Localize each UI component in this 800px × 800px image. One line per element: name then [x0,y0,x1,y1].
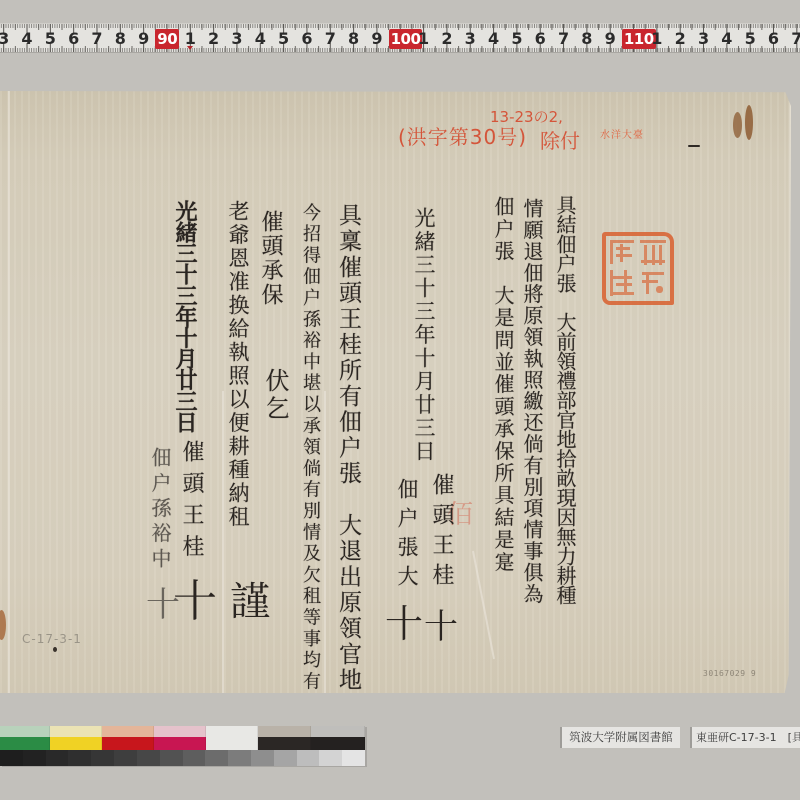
gray-patch [297,750,320,766]
ruler-label-highlighted: 90 [155,24,178,52]
ruler-label: 3 [0,24,15,52]
brown-stain [745,105,753,140]
petition-left-line-2: 今招得佃户孫裕中堪以承領倘有別情及欠租等事均有 [301,203,319,693]
paper-crease [222,391,224,693]
grayscale-strip [0,750,365,766]
signature-headman-name: 催頭王桂 [430,473,452,593]
ruler-label-highlighted: 110 [622,24,645,52]
color-patch-red [102,737,154,750]
library-name-label: 筑波大学附属図書館 [562,727,680,748]
ruler-label: 1 [645,24,668,52]
ink-dash [688,145,700,147]
petition-left-closing-jin: 謹 [230,582,270,622]
ruler-label: 6 [295,24,318,52]
petition-right-line-2: 情願退佃將原領執照繳还倘有別項情事俱為 [522,198,542,605]
color-calibration-chart [0,726,365,766]
signature-cross-mark: 十 [385,605,423,643]
petition-right-date: 光緒三十三年十月廿三日 [413,207,434,463]
color-patch-magenta [154,737,206,750]
ruler-label: 7 [85,24,108,52]
ruler-label-highlighted: 100 [389,24,412,52]
color-patch-green [0,737,50,750]
red-reference-annotation: (洪字第30号) [398,127,527,147]
paper-edge [788,101,791,681]
color-patch-white [206,726,258,750]
red-note-annotation: 除付 [540,131,580,151]
gray-patch [342,750,365,766]
color-patch-black [258,737,311,750]
ruler-label: 8 [575,24,598,52]
ruler-label: 7 [785,24,800,52]
gray-patch [46,750,69,766]
signature-tenant-name: 佃户孫裕中 [150,447,170,573]
red-serial-annotation: 13-23の2, [490,110,563,125]
color-patch-light-green [0,726,50,737]
petition-left-phrase-fuqi: 伏乞 [263,368,287,423]
gray-patch [228,750,251,766]
ruler-label: 3 [225,24,248,52]
ruler-label: 5 [739,24,762,52]
color-patch-yellow [50,737,102,750]
color-patch-black [311,737,365,750]
pencil-call-number: C-17-3-1 [22,632,82,646]
gray-patch [319,750,342,766]
signature-cross-mark: 十 [424,610,458,644]
gray-patch [160,750,183,766]
paper-crease [324,391,326,693]
ruler-label: 4 [482,24,505,52]
petition-left-line-4: 老爺恩准换給執照以便耕種納租 [227,200,248,529]
ruler-label: 5 [272,24,295,52]
ruler-label: 5 [39,24,62,52]
gray-patch [183,750,206,766]
petition-right-line-3: 佃户張 大是問並催頭承保所具結是寔 [493,196,513,573]
petition-left-date: 光緒三十三年十月廿三日 [174,200,196,432]
gray-patch [205,750,228,766]
seal-stamp [602,232,674,305]
signature-cross-mark: 十 [146,588,180,622]
gray-patch [114,750,137,766]
gray-patch [137,750,160,766]
gray-patch [251,750,274,766]
color-patch-rows [0,726,365,750]
call-number-label: 東亜研C-17-3-1 [具結 [692,727,800,748]
petition-left-line-3: 催頭承保 [259,210,281,307]
petition-right-line-1: 具結佃户張 大前領禮部官地拾畝現因無力耕種 [555,195,575,605]
measuring-ruler: 3 4 5 6 7 8 9 90 1 2 3 4 5 6 7 8 9 100 1… [0,24,800,52]
seal-glyph-icon [606,236,670,301]
ink-speck [53,647,57,652]
signature-headman-name: 催頭王桂 [180,440,202,566]
ruler-label: 3 [459,24,482,52]
ruler-label: 7 [319,24,342,52]
ruler-label-90: 90 [155,29,179,49]
brown-stain [733,112,742,138]
ruler-label: 9 [599,24,622,52]
ruler-label: 5 [505,24,528,52]
ruler-label: 6 [529,24,552,52]
gray-patch [274,750,297,766]
ruler-labels: 3 4 5 6 7 8 9 90 1 2 3 4 5 6 7 8 9 100 1… [0,24,800,52]
ruler-label: 2 [435,24,458,52]
ruler-label: 4 [715,24,738,52]
edge-stain [0,610,6,640]
gray-patch [91,750,114,766]
gray-patch [68,750,91,766]
ruler-pointer-icon [187,46,193,50]
paper-crease [8,91,10,693]
color-patch-peach [102,726,154,737]
historical-document: 13-23の2, (洪字第30号) 除付 水洋大臺 佰 具結佃户張 大前領禮部官… [0,91,791,693]
signature-tenant-name: 佃户張大 [396,478,417,594]
ruler-label: 6 [62,24,85,52]
ruler-label: 8 [342,24,365,52]
ruler-label: 6 [762,24,785,52]
ruler-label: 3 [692,24,715,52]
ruler-label: 9 [132,24,155,52]
color-patch-light-yellow [50,726,102,737]
ruler-label: 7 [552,24,575,52]
color-patch-light-gray [311,726,365,737]
ruler-label: 2 [202,24,225,52]
ruler-label: 4 [15,24,38,52]
petition-left-line-1: 具稟催頭王桂所有佃户張 大退出原領官地 [336,203,359,693]
gray-patch [23,750,46,766]
color-patch-taupe [258,726,311,737]
ruler-label: 2 [669,24,692,52]
gray-patch [0,750,23,766]
stamped-number: 30167029 9 [703,669,756,678]
color-patch-light-pink [154,726,206,737]
ruler-label: 1 [412,24,435,52]
ruler-label: 4 [249,24,272,52]
ruler-label: 8 [109,24,132,52]
red-small-annotation: 水洋大臺 [600,131,644,141]
ruler-label: 9 [365,24,388,52]
